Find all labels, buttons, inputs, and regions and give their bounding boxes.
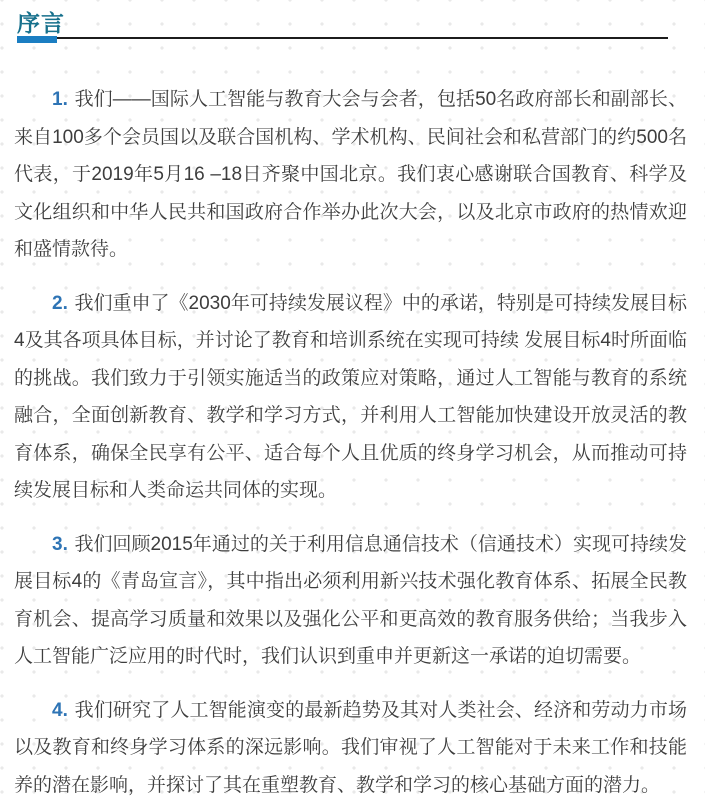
title-underline-accent-bar [17, 36, 57, 43]
paragraph-text: 我们重申了《2030年可持续发展议程》中的承诺，特别是可持续发展目标4及其各项具… [14, 293, 687, 502]
title-underline-rule [57, 37, 668, 39]
paragraph-text: 我们研究了人工智能演变的最新趋势及其对人类社会、经济和劳动力市场以及教育和终身学… [14, 700, 687, 796]
paragraph: 1.我们——国际人工智能与教育大会与会者，包括50名政府部长和副部长、来自100… [14, 81, 687, 269]
paragraph-number: 3. [52, 534, 68, 555]
paragraph-text: 我们回顾2015年通过的关于利用信息通信技术（信通技术）实现可持续发展目标4的《… [14, 534, 687, 668]
document-body: 1.我们——国际人工智能与教育大会与会者，包括50名政府部长和副部长、来自100… [14, 81, 687, 804]
paragraph-number: 4. [52, 700, 68, 721]
document-header: 序言 [14, 10, 687, 43]
paragraph-number: 1. [52, 89, 68, 110]
paragraph-number: 2. [52, 293, 68, 314]
title-underline [14, 35, 687, 43]
page-title: 序言 [17, 10, 65, 36]
paragraph: 3.我们回顾2015年通过的关于利用信息通信技术（信通技术）实现可持续发展目标4… [14, 526, 687, 676]
paragraph: 4.我们研究了人工智能演变的最新趋势及其对人类社会、经济和劳动力市场以及教育和终… [14, 692, 687, 805]
paragraph: 2.我们重申了《2030年可持续发展议程》中的承诺，特别是可持续发展目标4及其各… [14, 285, 687, 510]
document-page: 序言 1.我们——国际人工智能与教育大会与会者，包括50名政府部长和副部长、来自… [0, 0, 705, 810]
paragraph-text: 我们——国际人工智能与教育大会与会者，包括50名政府部长和副部长、来自100多个… [14, 89, 687, 260]
